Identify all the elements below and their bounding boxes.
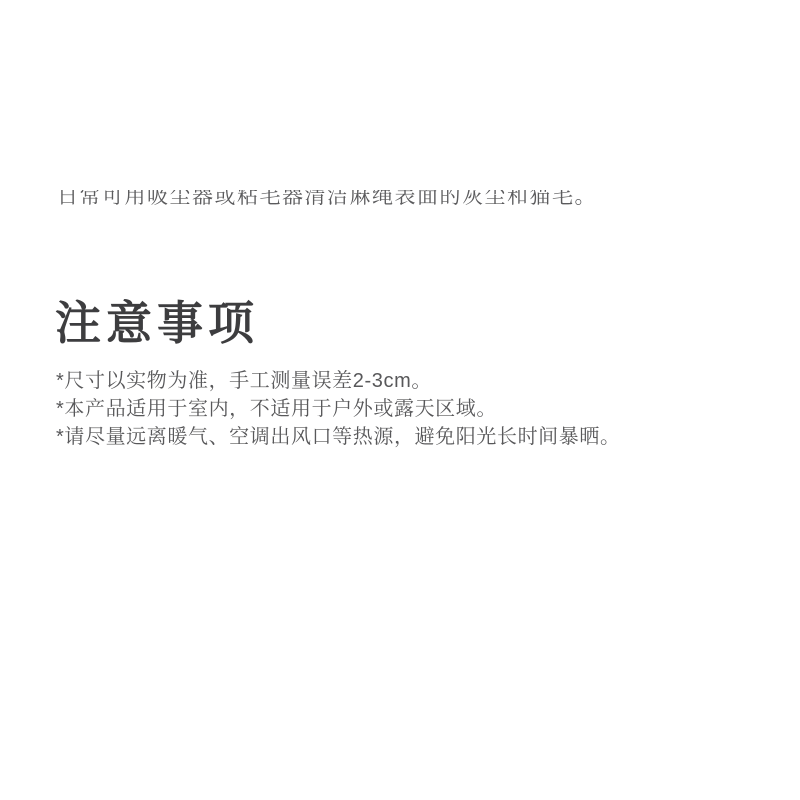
- product-detail-image: 日常可用吸尘器或粘毛器清洁麻绳表面的灰尘和猫毛。 注意事项 *尺寸以实物为准，手…: [0, 0, 800, 800]
- notice-section-title: 注意事项: [55, 297, 259, 349]
- notice-list: *尺寸以实物为准，手工测量误差2-3cm。 *本产品适用于室内，不适用于户外或露…: [56, 367, 621, 451]
- care-note-text: 日常可用吸尘器或粘毛器清洁麻绳表面的灰尘和猫毛。: [57, 190, 597, 205]
- notice-item-size-tolerance: *尺寸以实物为准，手工测量误差2-3cm。: [56, 367, 621, 395]
- care-note-clipped-line: 日常可用吸尘器或粘毛器清洁麻绳表面的灰尘和猫毛。: [57, 190, 597, 205]
- notice-item-indoor-use: *本产品适用于室内，不适用于户外或露天区域。: [56, 395, 621, 423]
- notice-item-heat-sunlight: *请尽量远离暖气、空调出风口等热源，避免阳光长时间暴晒。: [56, 423, 621, 451]
